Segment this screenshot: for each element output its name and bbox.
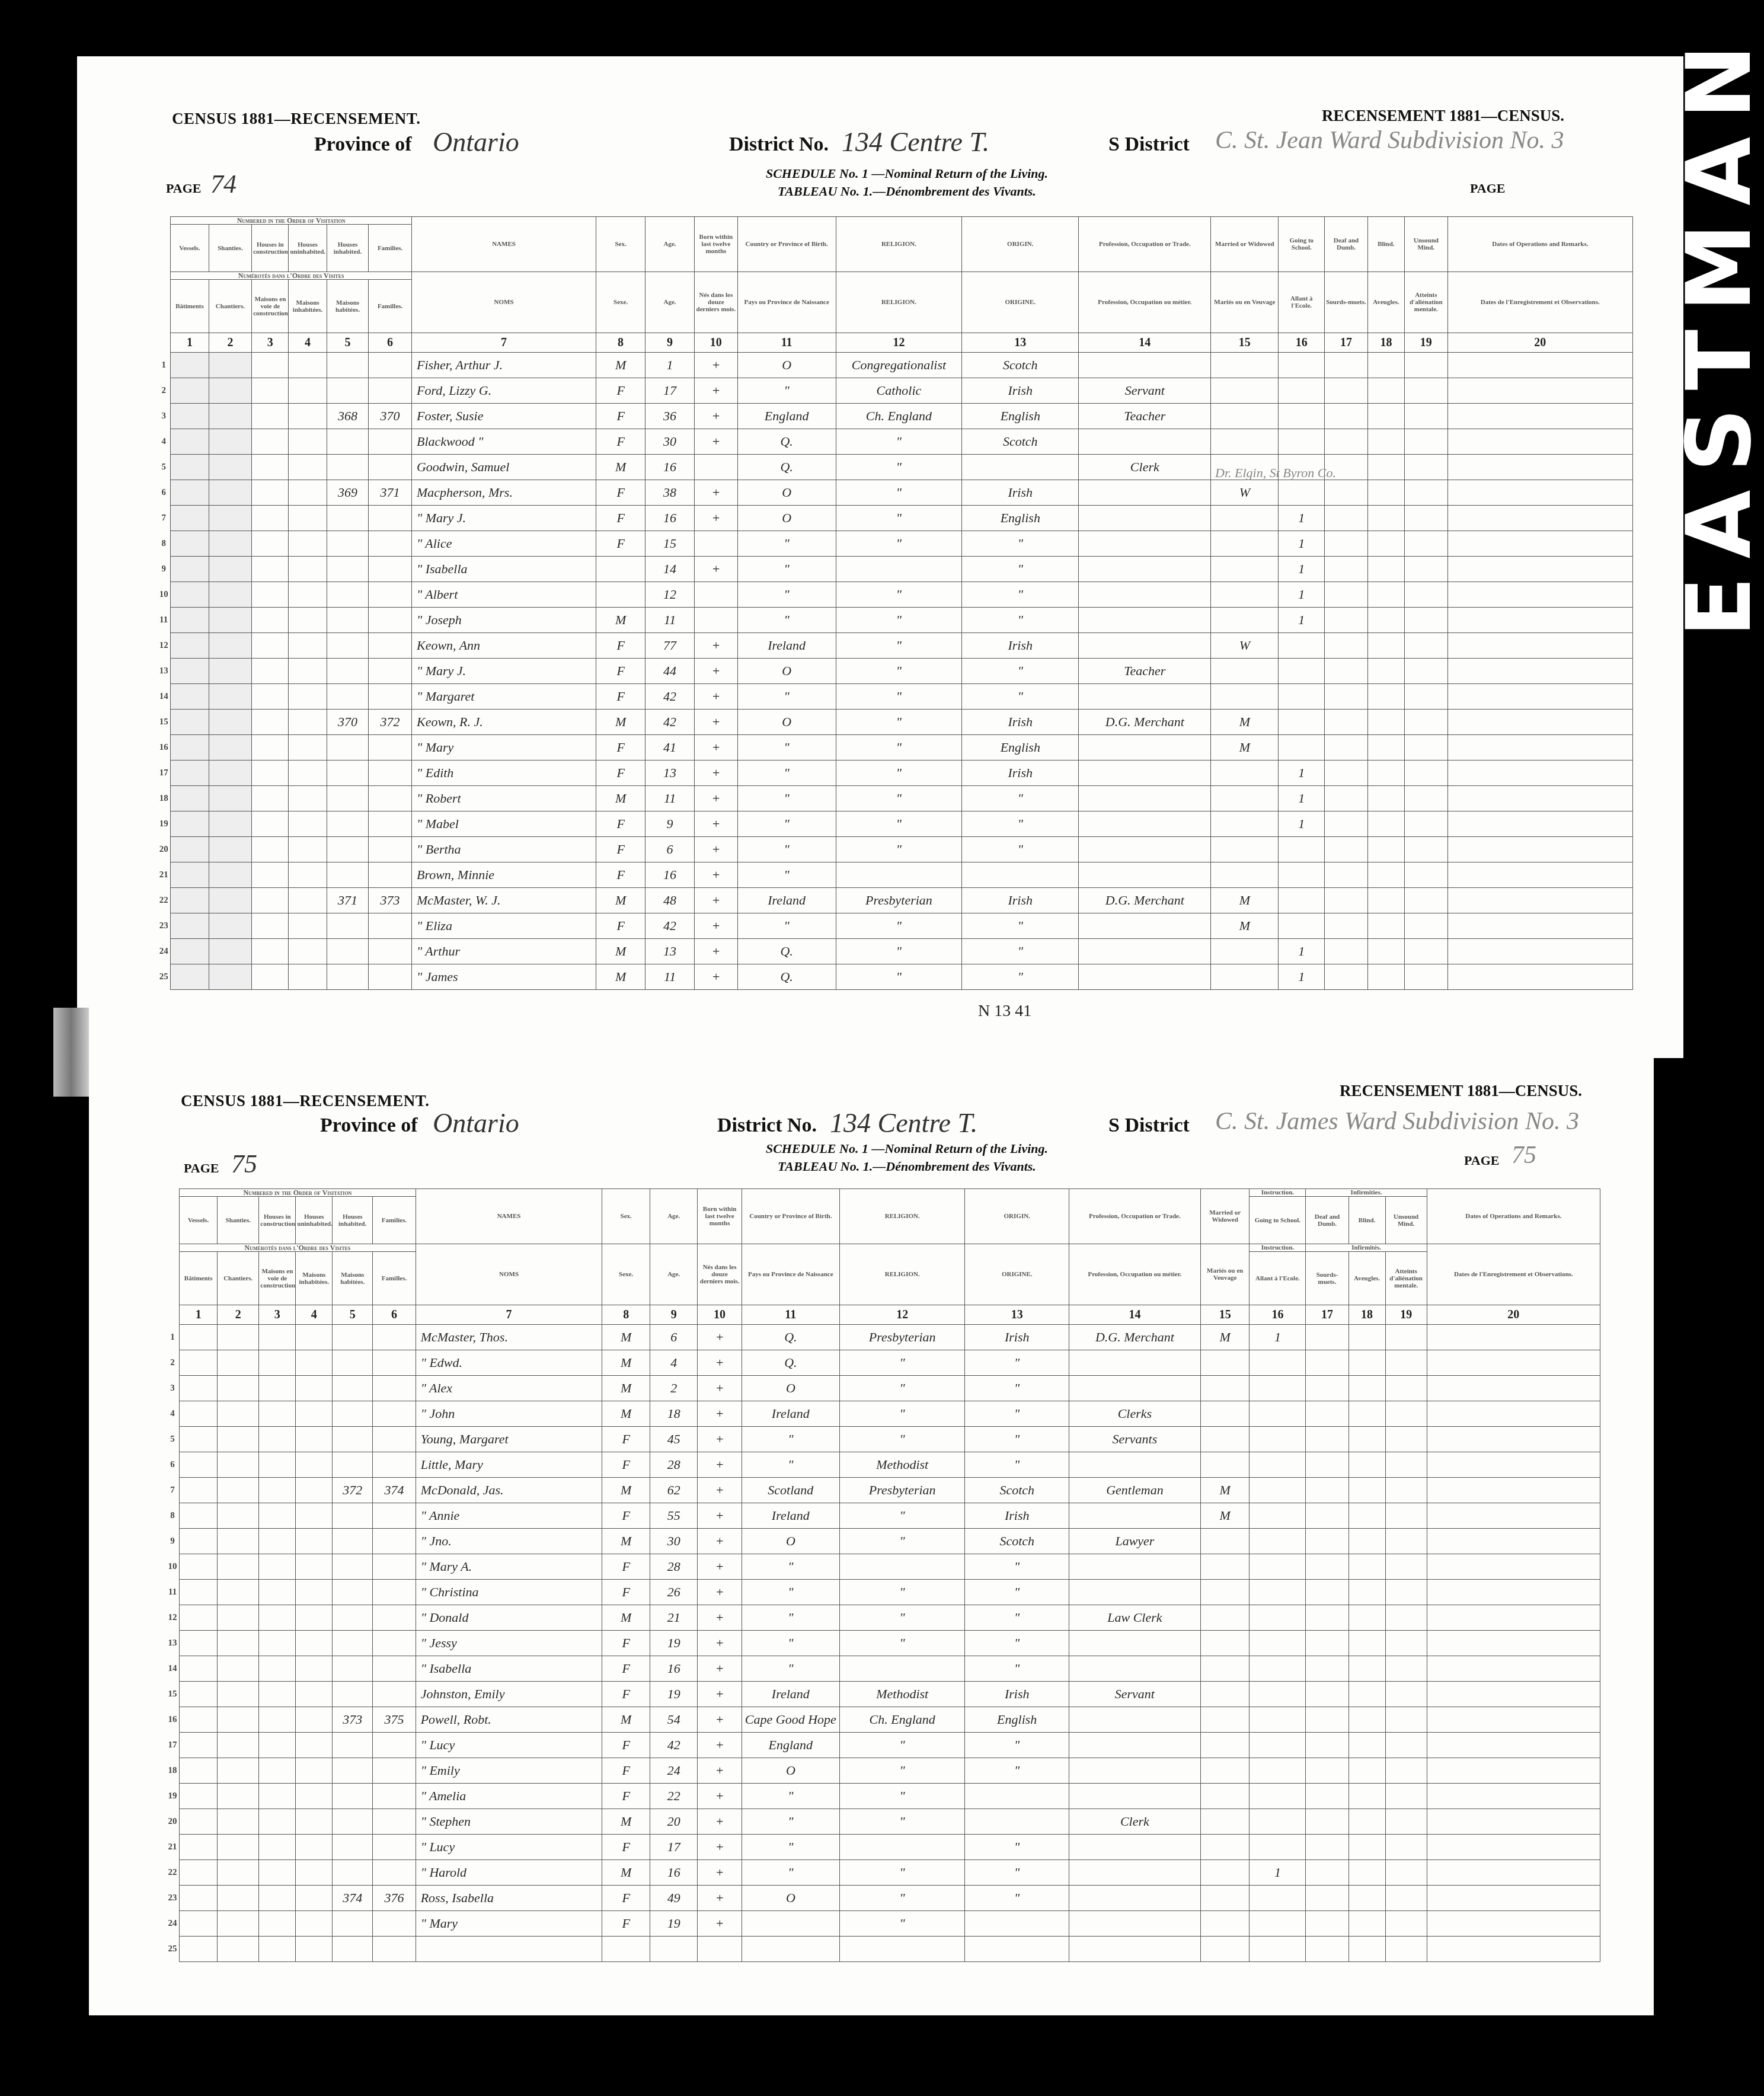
families-cell (369, 913, 412, 939)
families-cell: 375 (373, 1707, 416, 1733)
school-cell: 1 (1249, 1325, 1306, 1350)
line-number: 24 (157, 939, 171, 964)
blind-cell (1348, 1860, 1385, 1886)
born-cell: + (695, 964, 738, 990)
houses-inhabited-cell (327, 964, 369, 990)
vessels-cell (180, 1758, 218, 1784)
birthplace-cell: O (737, 506, 836, 531)
religion-cell: Presbyterian (839, 1478, 965, 1503)
born-cell: + (695, 506, 738, 531)
profession-cell (1069, 1911, 1200, 1937)
families-cell (373, 1758, 416, 1784)
country-fr-header: Pays ou Province de Naissance (737, 272, 836, 333)
school-cell (1279, 633, 1325, 659)
page-number: 74 (210, 169, 237, 199)
table-row: 17" EdithF13+""Irish1 (157, 761, 1633, 786)
religion-cell (836, 557, 962, 582)
religion-cell (839, 1554, 965, 1580)
houses-construction-cell (252, 684, 289, 710)
remarks-note: Dr. Elgin, St Byron Co. (1215, 465, 1336, 481)
vessels-cell (180, 1529, 218, 1554)
deaf-cell (1306, 1733, 1348, 1758)
line-number: 2 (166, 1350, 180, 1376)
line-number: 12 (157, 633, 171, 659)
profession-cell (1069, 1784, 1200, 1809)
sex-cell: F (596, 913, 645, 939)
houses-construction-cell (259, 1631, 296, 1656)
remarks-cell (1447, 735, 1632, 761)
school-cell (1249, 1376, 1306, 1401)
families-cell (369, 531, 412, 557)
line-number: 19 (166, 1784, 180, 1809)
houses-construction-cell (252, 429, 289, 455)
shanties-cell (209, 659, 252, 684)
married-cell (1200, 1682, 1249, 1707)
families-cell (369, 557, 412, 582)
batiments-header: Bâtiments (171, 280, 209, 333)
families-cell (373, 1605, 416, 1631)
sex-cell: F (596, 429, 645, 455)
blind-cell (1348, 1758, 1385, 1784)
origin-cell: Irish (962, 888, 1079, 913)
remarks-cell (1427, 1529, 1600, 1554)
remarks-cell (1447, 837, 1632, 862)
sex-cell (602, 1937, 650, 1962)
unsound-cell (1385, 1784, 1427, 1809)
religion-cell: Congregationalist (836, 353, 962, 378)
remarks-cell (1427, 1478, 1600, 1503)
deaf-cell (1306, 1529, 1348, 1554)
blind-cell (1348, 1911, 1385, 1937)
born-cell: + (695, 378, 738, 404)
religion-cell: " (836, 939, 962, 964)
school-cell (1279, 710, 1325, 735)
origin-cell: " (965, 1427, 1069, 1452)
school-cell (1249, 1733, 1306, 1758)
order-visites-header: Numérotés dans l'Ordre des Visites (180, 1244, 416, 1252)
remarks-cell (1447, 659, 1632, 684)
birthplace-cell: Ireland (742, 1503, 839, 1529)
birthplace-cell: Ireland (737, 633, 836, 659)
birthplace-cell: Scotland (742, 1478, 839, 1503)
blind-cell (1367, 939, 1404, 964)
houses-inhabited-cell: 371 (327, 888, 369, 913)
houses-uninhabited-cell (296, 1835, 333, 1860)
houses-uninhabited-cell (289, 888, 327, 913)
sex-cell: M (596, 964, 645, 990)
vessels-cell (180, 1503, 218, 1529)
page-label-right: PAGE (1464, 1153, 1499, 1168)
religion-cell: " (839, 1784, 965, 1809)
sex-cell: F (602, 1427, 650, 1452)
families-cell (369, 429, 412, 455)
birthplace-cell: " (737, 557, 836, 582)
birthplace-cell: " (742, 1605, 839, 1631)
houses-construction-cell (252, 582, 289, 608)
birthplace-cell: " (742, 1452, 839, 1478)
column-number: 7 (416, 1305, 602, 1325)
born-cell: + (698, 1452, 742, 1478)
deaf-cell (1325, 633, 1368, 659)
born-cell: + (698, 1427, 742, 1452)
religion-cell: " (839, 1401, 965, 1427)
school-cell (1249, 1682, 1306, 1707)
houses-inhabited-cell: 374 (333, 1886, 373, 1911)
sex-cell: F (602, 1631, 650, 1656)
houses-construction-cell (259, 1605, 296, 1631)
age-cell: 62 (650, 1478, 698, 1503)
families-cell (369, 786, 412, 811)
census-table: Numbered in the Order of Visitation NAME… (166, 1188, 1600, 1962)
school-cell (1279, 480, 1325, 506)
houses-uninhabited-cell (296, 1605, 333, 1631)
line-number: 9 (166, 1529, 180, 1554)
shanties-cell (218, 1631, 259, 1656)
remarks-cell (1427, 1580, 1600, 1605)
houses-inhabited-header: Houses inhabited. (327, 225, 369, 272)
age-cell: 19 (650, 1631, 698, 1656)
unsound-cell (1405, 353, 1448, 378)
profession-cell (1069, 1733, 1200, 1758)
vessels-cell (180, 1682, 218, 1707)
families-cell (373, 1911, 416, 1937)
vessels-cell (180, 1376, 218, 1401)
table-row: 15370372Keown, R. J.M42+O"IrishD.G. Merc… (157, 710, 1633, 735)
school-cell (1249, 1784, 1306, 1809)
religion-cell: " (839, 1733, 965, 1758)
birthplace-cell: " (737, 913, 836, 939)
shanties-cell (209, 429, 252, 455)
deaf-cell (1306, 1452, 1348, 1478)
born-fr-header: Nés dans les douze derniers mois. (695, 272, 738, 333)
married-cell (1211, 608, 1279, 633)
houses-inhabited-cell (333, 1911, 373, 1937)
birthplace-cell: O (737, 480, 836, 506)
houses-construction-cell (259, 1707, 296, 1733)
origin-cell: " (965, 1733, 1069, 1758)
table-row: 19" MabelF9+"""1 (157, 811, 1633, 837)
binding-shadow (53, 1008, 89, 1097)
schedule-title-en: SCHEDULE No. 1 —Nominal Return of the Li… (699, 1141, 1114, 1156)
column-number: 6 (373, 1305, 416, 1325)
religion-fr-header: RELIGION. (839, 1244, 965, 1305)
sex-cell: F (596, 811, 645, 837)
married-cell (1211, 939, 1279, 964)
age-cell: 14 (645, 557, 695, 582)
vessels-cell (171, 811, 209, 837)
school-cell (1279, 913, 1325, 939)
profession-cell (1069, 1452, 1200, 1478)
sex-cell (596, 582, 645, 608)
born-cell (695, 531, 738, 557)
houses-inhabited-cell: 370 (327, 710, 369, 735)
age-cell: 21 (650, 1605, 698, 1631)
shanties-cell (218, 1478, 259, 1503)
origin-cell: " (965, 1758, 1069, 1784)
name-cell: " Bertha (411, 837, 596, 862)
born-fr-header: Nés dans les douze derniers mois. (698, 1244, 742, 1305)
footer-stamp: N 13 41 (978, 1002, 1031, 1021)
shanties-cell (209, 633, 252, 659)
families-cell (373, 1325, 416, 1350)
dates-fr-header: Dates de l'Enregistrement et Observation… (1447, 272, 1632, 333)
birthplace-cell: " (742, 1784, 839, 1809)
religion-cell: " (836, 761, 962, 786)
born-cell: + (695, 811, 738, 837)
houses-construction-cell (252, 455, 289, 480)
houses-construction-cell (252, 888, 289, 913)
age-cell: 28 (650, 1554, 698, 1580)
unsound-cell (1385, 1682, 1427, 1707)
families-cell: 374 (373, 1478, 416, 1503)
families-cell (373, 1784, 416, 1809)
married-cell (1211, 837, 1279, 862)
houses-inhabited-cell (327, 557, 369, 582)
houses-inhabited-cell (333, 1452, 373, 1478)
blind-cell (1367, 888, 1404, 913)
age-cell: 16 (645, 455, 695, 480)
school-cell (1249, 1835, 1306, 1860)
vessels-cell (180, 1886, 218, 1911)
origin-cell: " (965, 1860, 1069, 1886)
blind-cell (1367, 964, 1404, 990)
profession-cell (1069, 1758, 1200, 1784)
shanties-cell (218, 1452, 259, 1478)
line-number: 6 (157, 480, 171, 506)
houses-uninhabited-cell (289, 404, 327, 429)
blind-cell (1348, 1707, 1385, 1733)
remarks-cell (1427, 1707, 1600, 1733)
born-cell: + (698, 1401, 742, 1427)
houses-uninhabited-cell (296, 1350, 333, 1376)
shanties-cell (209, 735, 252, 761)
order-visitation-header: Numbered in the Order of Visitation (180, 1189, 416, 1197)
houses-inhabited-cell (333, 1835, 373, 1860)
houses-inhabited-cell: 373 (333, 1707, 373, 1733)
sex-cell: F (602, 1911, 650, 1937)
deaf-cell (1306, 1682, 1348, 1707)
families-cell (369, 939, 412, 964)
blind-cell (1348, 1886, 1385, 1911)
table-row: 21" LucyF17+"" (166, 1835, 1600, 1860)
blind-cell (1367, 557, 1404, 582)
remarks-cell (1427, 1605, 1600, 1631)
origin-cell: " (962, 557, 1079, 582)
name-cell: McDonald, Jas. (416, 1478, 602, 1503)
origin-fr-header: ORIGINE. (965, 1244, 1069, 1305)
line-number: 19 (157, 811, 171, 837)
profession-cell: Clerks (1069, 1401, 1200, 1427)
column-number: 3 (252, 333, 289, 353)
profession-cell (1069, 1580, 1200, 1605)
table-row: 7" Mary J.F16+O"English1 (157, 506, 1633, 531)
line-number: 18 (166, 1758, 180, 1784)
table-row: 11" ChristinaF26+""" (166, 1580, 1600, 1605)
houses-uninhabited-cell (289, 480, 327, 506)
vessels-cell (171, 404, 209, 429)
houses-uninhabited-cell (296, 1376, 333, 1401)
blind-cell (1367, 404, 1404, 429)
married-cell (1211, 786, 1279, 811)
column-number-row: 1234567891011121314151617181920 (166, 1305, 1600, 1325)
houses-construction-cell (259, 1886, 296, 1911)
table-row: 16" MaryF41+""EnglishM (157, 735, 1633, 761)
married-cell (1200, 1937, 1249, 1962)
name-cell: " Annie (416, 1503, 602, 1529)
houses-construction-cell (252, 557, 289, 582)
vessels-cell (171, 506, 209, 531)
line-number: 5 (157, 455, 171, 480)
age-cell: 18 (650, 1401, 698, 1427)
age-cell: 36 (645, 404, 695, 429)
origin-cell: " (962, 837, 1079, 862)
province-value: Ontario (433, 1107, 519, 1139)
shanties-cell (218, 1733, 259, 1758)
column-number: 12 (836, 333, 962, 353)
vessels-cell (180, 1605, 218, 1631)
column-number-row: 1234567891011121314151617181920 (157, 333, 1633, 353)
school-cell (1249, 1401, 1306, 1427)
age-cell: 38 (645, 480, 695, 506)
unsound-cell (1385, 1401, 1427, 1427)
line-number: 25 (157, 964, 171, 990)
unsound-cell (1385, 1835, 1427, 1860)
eastman-film-edge-label: EASTMAN (1675, 0, 1764, 664)
line-number: 11 (157, 608, 171, 633)
blind-cell (1367, 735, 1404, 761)
deaf-cell (1306, 1350, 1348, 1376)
married-cell: M (1211, 710, 1279, 735)
born-cell: + (698, 1350, 742, 1376)
blind-cell (1348, 1835, 1385, 1860)
blind-cell (1367, 506, 1404, 531)
unsound-cell (1385, 1452, 1427, 1478)
religion-cell: " (839, 1809, 965, 1835)
table-row: 13" JessyF19+""" (166, 1631, 1600, 1656)
birthplace-cell: " (737, 378, 836, 404)
unsound-cell (1405, 659, 1448, 684)
shanties-header: Shanties. (209, 225, 252, 272)
vessels-cell (180, 1733, 218, 1758)
line-number: 18 (157, 786, 171, 811)
schedule-title-fr: TABLEAU No. 1.—Dénombrement des Vivants. (699, 184, 1114, 199)
unsound-cell (1385, 1376, 1427, 1401)
origin-cell: " (962, 811, 1079, 837)
profession-cell (1069, 1860, 1200, 1886)
shanties-cell (218, 1401, 259, 1427)
school-cell (1249, 1478, 1306, 1503)
houses-uninhabited-cell (296, 1682, 333, 1707)
blind-header: Blind. (1367, 217, 1404, 272)
religion-cell: " (839, 1758, 965, 1784)
deaf-cell (1306, 1656, 1348, 1682)
maisons-inhabitees-header: Maisons inhabitées. (296, 1252, 333, 1305)
sex-cell: F (596, 735, 645, 761)
sex-cell: F (602, 1682, 650, 1707)
blind-cell (1348, 1452, 1385, 1478)
families-cell: 372 (369, 710, 412, 735)
houses-uninhabited-cell (289, 353, 327, 378)
birthplace-cell: England (742, 1733, 839, 1758)
houses-construction-cell (259, 1860, 296, 1886)
remarks-cell (1427, 1784, 1600, 1809)
column-number: 17 (1306, 1305, 1348, 1325)
profession-header: Profession, Occupation or Trade. (1069, 1189, 1200, 1244)
vessels-cell (180, 1937, 218, 1962)
houses-construction-header: Houses in construction. (252, 225, 289, 272)
houses-uninhabited-cell (296, 1529, 333, 1554)
born-cell: + (698, 1809, 742, 1835)
age-cell: 54 (650, 1707, 698, 1733)
married-cell (1211, 684, 1279, 710)
religion-cell: " (836, 811, 962, 837)
name-cell: " Isabella (411, 557, 596, 582)
married-cell (1200, 1427, 1249, 1452)
born-cell: + (695, 480, 738, 506)
shanties-cell (209, 939, 252, 964)
married-cell (1200, 1707, 1249, 1733)
column-number: 19 (1385, 1305, 1427, 1325)
born-cell: + (698, 1733, 742, 1758)
table-row: 23374376Ross, IsabellaF49+O"" (166, 1886, 1600, 1911)
profession-cell (1069, 1937, 1200, 1962)
birthplace-cell: Q. (737, 429, 836, 455)
houses-uninhabited-cell (289, 455, 327, 480)
religion-cell: " (839, 1376, 965, 1401)
religion-cell: " (836, 582, 962, 608)
age-cell: 48 (645, 888, 695, 913)
married-cell (1200, 1605, 1249, 1631)
name-cell: " Arthur (411, 939, 596, 964)
vessels-cell (171, 633, 209, 659)
deaf-cell (1306, 1707, 1348, 1733)
houses-construction-cell (252, 939, 289, 964)
houses-construction-cell (259, 1580, 296, 1605)
houses-inhabited-cell (327, 608, 369, 633)
religion-cell: " (839, 1860, 965, 1886)
houses-inhabited-cell (327, 633, 369, 659)
birthplace-cell: Ireland (742, 1401, 839, 1427)
line-number: 15 (157, 710, 171, 735)
name-cell: " Mary A. (416, 1554, 602, 1580)
profession-cell (1079, 429, 1211, 455)
origin-cell (965, 1809, 1069, 1835)
houses-construction-cell (259, 1784, 296, 1809)
houses-inhabited-cell (327, 659, 369, 684)
houses-uninhabited-cell (296, 1911, 333, 1937)
origin-cell: " (965, 1350, 1069, 1376)
school-cell (1249, 1656, 1306, 1682)
houses-inhabited-cell (327, 531, 369, 557)
familles-header: Familles. (369, 280, 412, 333)
column-number: 10 (695, 333, 738, 353)
birthplace-cell: Q. (742, 1325, 839, 1350)
houses-inhabited-cell (327, 582, 369, 608)
families-cell (373, 1656, 416, 1682)
profession-cell: D.G. Merchant (1079, 710, 1211, 735)
deaf-cell (1306, 1809, 1348, 1835)
birthplace-cell: Q. (737, 455, 836, 480)
line-number: 3 (157, 404, 171, 429)
remarks-cell (1427, 1911, 1600, 1937)
families-cell (373, 1631, 416, 1656)
religion-fr-header: RELIGION. (836, 272, 962, 333)
born-cell: + (695, 761, 738, 786)
married-cell (1211, 404, 1279, 429)
houses-construction-cell (252, 378, 289, 404)
name-cell: McMaster, Thos. (416, 1325, 602, 1350)
born-cell: + (698, 1529, 742, 1554)
